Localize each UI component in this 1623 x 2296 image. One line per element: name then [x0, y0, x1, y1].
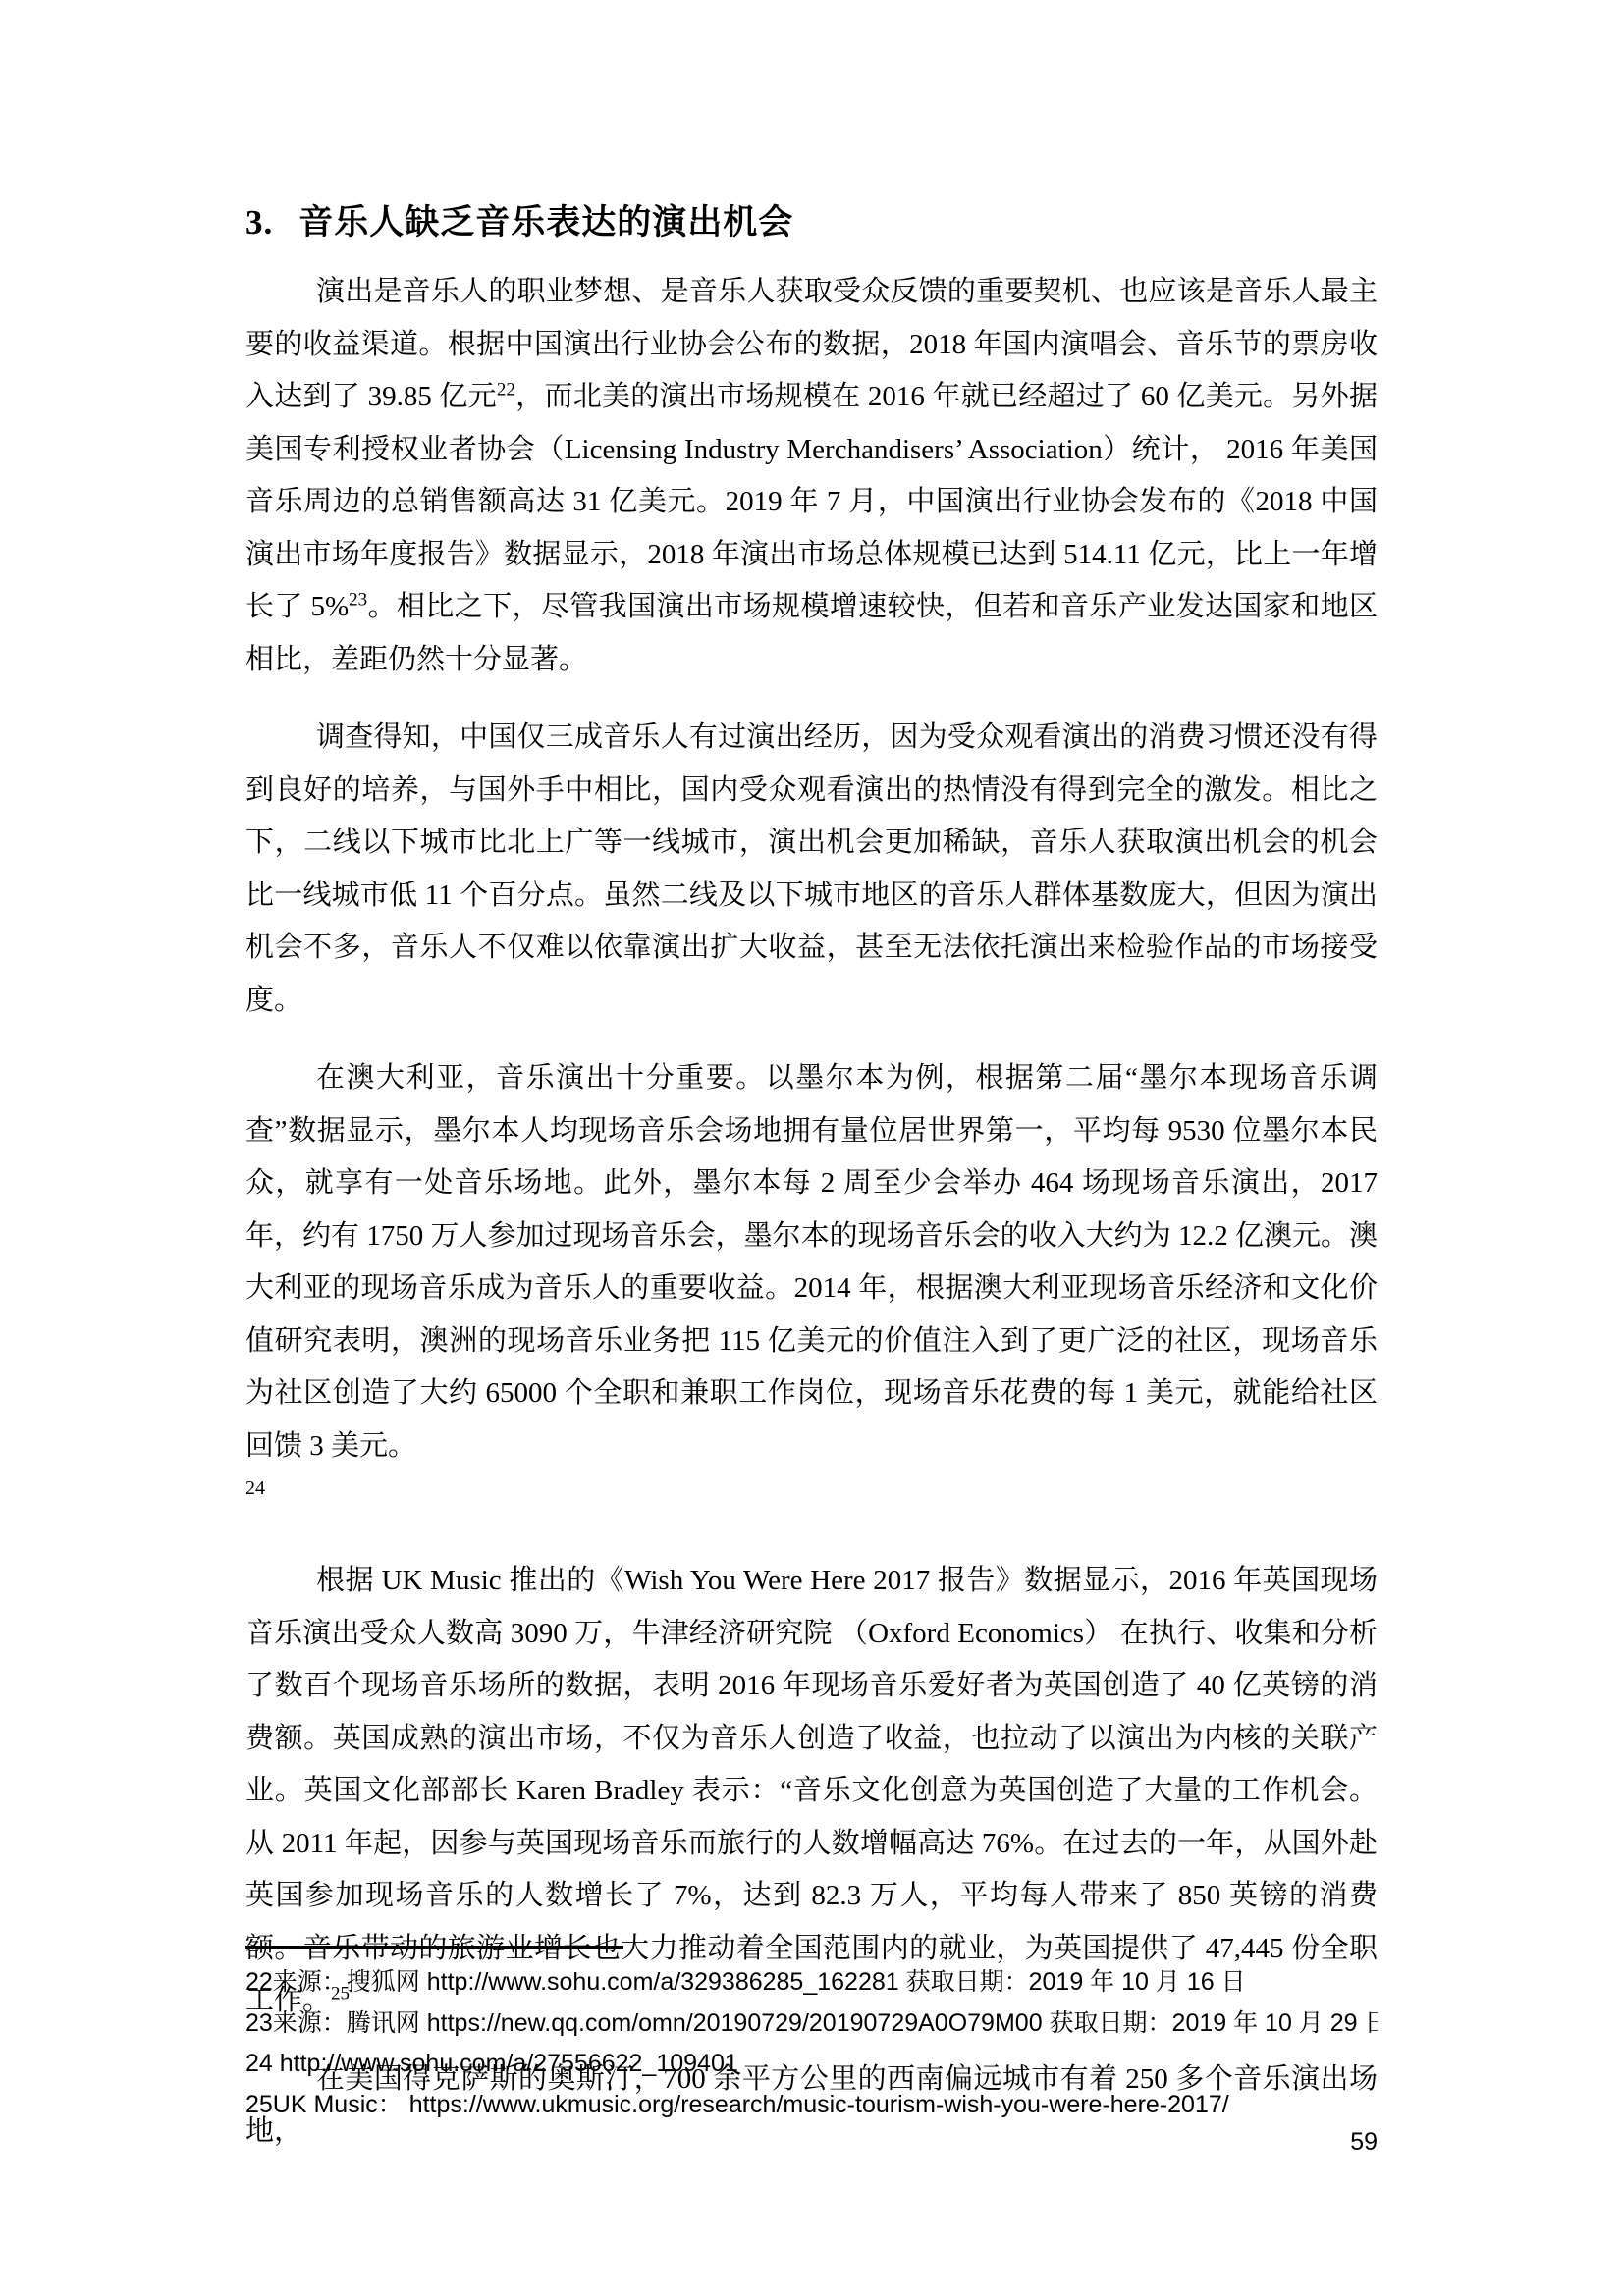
- section-heading: 3.音乐人缺乏音乐表达的演出机会: [245, 201, 1378, 244]
- section-number: 3.: [245, 201, 273, 244]
- footnotes-section: 22来源：搜狐网 http://www.sohu.com/a/329386285…: [245, 1946, 1378, 2125]
- footnote-ref-22: 22: [497, 379, 515, 400]
- footnote-23: 23来源：腾讯网 https://new.qq.com/omn/20190729…: [245, 2003, 1378, 2045]
- footnote-25: 25UK Music： https://www.ukmusic.org/rese…: [245, 2085, 1378, 2126]
- footnote-22: 22来源：搜狐网 http://www.sohu.com/a/329386285…: [245, 1962, 1378, 2003]
- paragraph-text: 调查得知，中国仅三成音乐人有过演出经历，因为受众观看演出的消费习惯还没有得到良好…: [245, 721, 1378, 1016]
- paragraph-text: 。相比之下，尽管我国演出市场规模增速较快，但若和音乐产业发达国家和地区相比，差距…: [245, 591, 1378, 675]
- section-title: 音乐人缺乏音乐表达的演出机会: [298, 203, 793, 241]
- paragraph-text: ，而北美的演出市场规模在 2016 年就已经超过了 60 亿美元。另外据美国专利…: [245, 381, 1378, 622]
- footnote-ref-24-line: 24: [245, 1474, 1378, 1502]
- footnote-divider: [245, 1946, 623, 1949]
- page-number: 59: [1350, 2128, 1378, 2157]
- footnote-24: 24 http://www.sohu.com/a/27556622_109401: [245, 2044, 1378, 2085]
- paragraph-performance-market: 演出是音乐人的职业梦想、是音乐人获取受众反馈的重要契机、也应该是音乐人最主要的收…: [245, 266, 1378, 686]
- footnote-ref-23: 23: [349, 589, 367, 610]
- paragraph-australia: 在澳大利亚，音乐演出十分重要。以墨尔本为例，根据第二届“墨尔本现场音乐调查”数据…: [245, 1052, 1378, 1472]
- document-page: 3.音乐人缺乏音乐表达的演出机会 演出是音乐人的职业梦想、是音乐人获取受众反馈的…: [0, 0, 1623, 2296]
- paragraph-survey-china: 调查得知，中国仅三成音乐人有过演出经历，因为受众观看演出的消费习惯还没有得到良好…: [245, 712, 1378, 1027]
- page-content: 3.音乐人缺乏音乐表达的演出机会 演出是音乐人的职业梦想、是音乐人获取受众反馈的…: [245, 201, 1378, 2184]
- paragraph-text: 在澳大利亚，音乐演出十分重要。以墨尔本为例，根据第二届“墨尔本现场音乐调查”数据…: [245, 1062, 1378, 1462]
